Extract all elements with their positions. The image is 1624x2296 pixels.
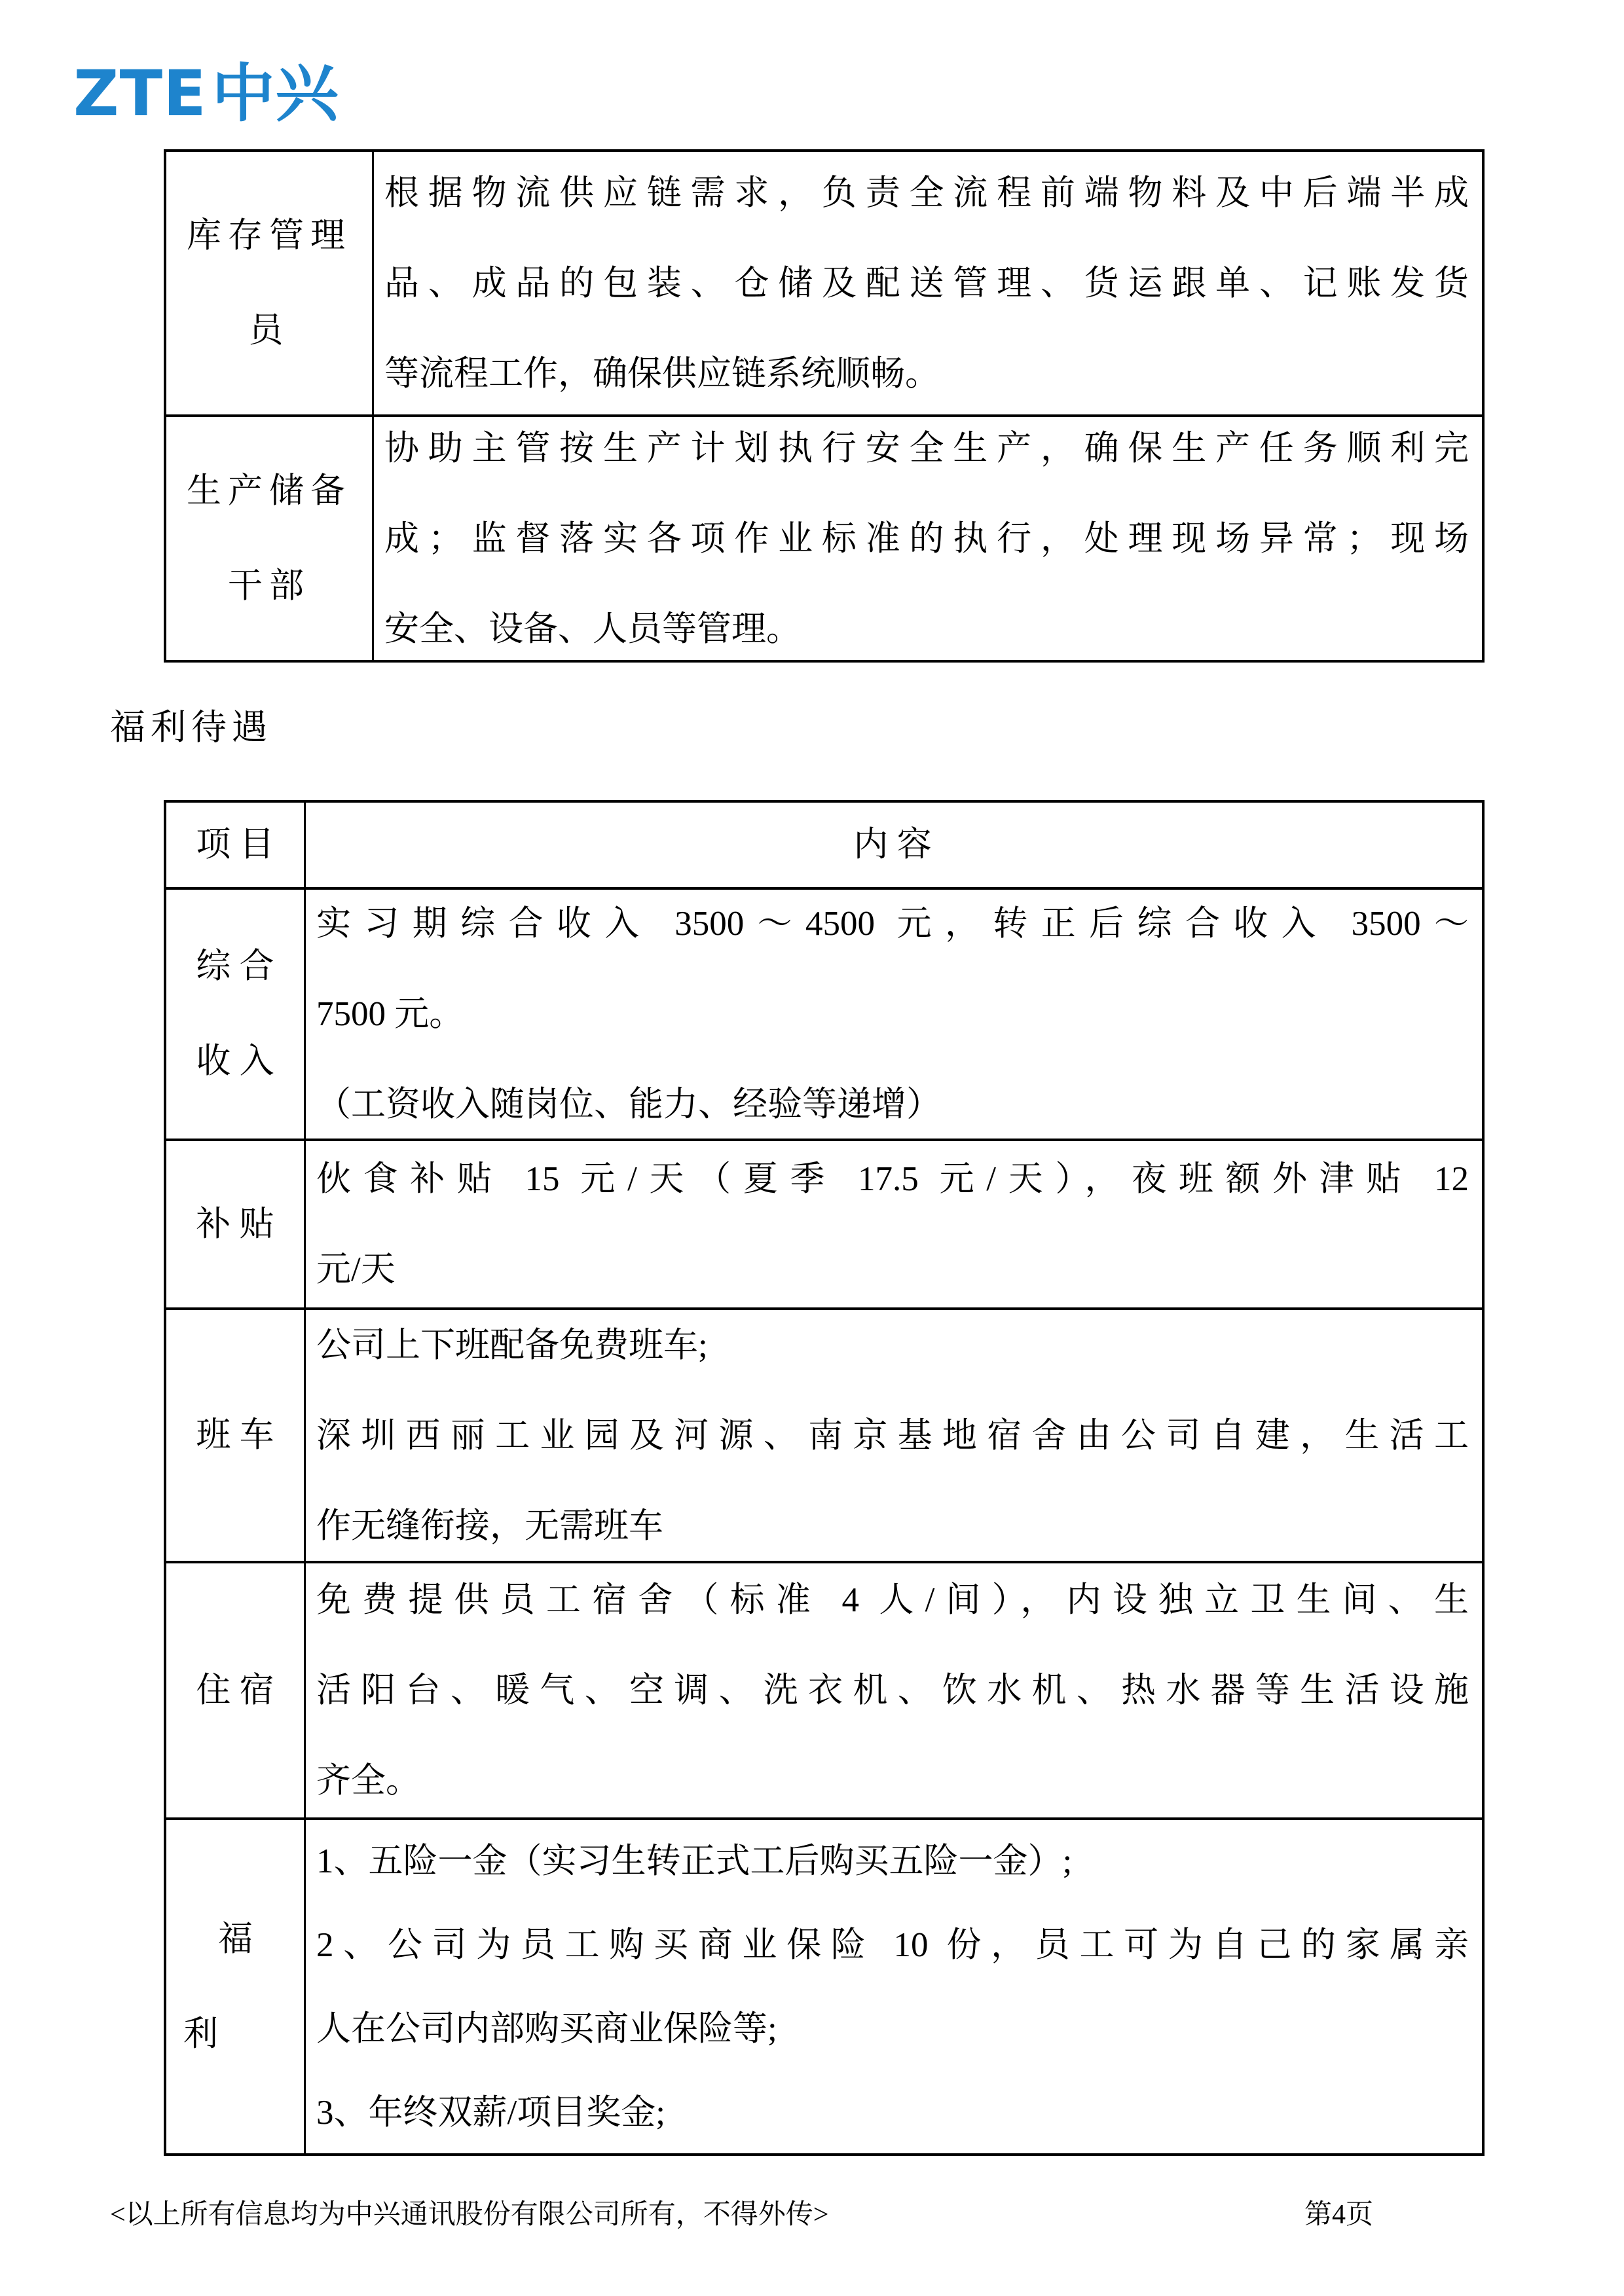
table-row-dormitory: 住 宿 免费提供员工宿舍（标准 4 人/间），内设独立卫生间、生 活阳台、暖气、… bbox=[166, 1561, 1482, 1817]
job-desc-cell: 协助主管按生产计划执行安全生产，确保生产任务顺利完 成；监督落实各项作业标准的执… bbox=[374, 417, 1482, 660]
table-row-inventory-manager: 库存管理 员 根据物流供应链需求，负责全流程前端物料及中后端半成 品、成品的包装… bbox=[166, 152, 1482, 414]
job-desc-cell: 根据物流供应链需求，负责全流程前端物料及中后端半成 品、成品的包装、仓储及配送管… bbox=[374, 152, 1482, 414]
jobs-table: 库存管理 员 根据物流供应链需求，负责全流程前端物料及中后端半成 品、成品的包装… bbox=[164, 149, 1485, 663]
benefit-item-line: 住 宿 bbox=[166, 1643, 304, 1738]
section-heading: 福利待遇 bbox=[110, 706, 272, 749]
footer-confidentiality-note: <以上所有信息均为中兴通讯股份有限公司所有，不得外传> bbox=[110, 2198, 828, 2231]
benefit-content-line: 元/天 bbox=[316, 1224, 1469, 1307]
table-row-income: 综 合 收 入 实习期综合收入 3500～4500 元，转正后综合收入 3500… bbox=[166, 887, 1482, 1139]
logo-zhongxing-text: 中兴 bbox=[212, 58, 339, 130]
benefit-content-line: （工资收入随岗位、能力、经验等递增） bbox=[316, 1059, 1469, 1139]
benefit-item-line: 班 车 bbox=[166, 1388, 304, 1483]
benefit-item-cell: 补 贴 bbox=[166, 1141, 306, 1307]
benefit-content-cell: 伙食补贴 15 元/天（夏季 17.5 元/天），夜班额外津贴 12 元/天 bbox=[306, 1141, 1482, 1307]
benefits-table: 项 目 内 容 综 合 收 入 实习期综合收入 3500～4500 元，转正后综… bbox=[164, 800, 1485, 2156]
benefit-item-line: 福 bbox=[183, 1892, 304, 1987]
job-title-line: 干部 bbox=[166, 539, 372, 634]
job-title-cell: 库存管理 员 bbox=[166, 152, 374, 414]
benefit-item-cell: 福 利 bbox=[166, 1820, 306, 2153]
logo-zte-text: ZTE bbox=[73, 58, 207, 130]
benefit-content-line: 1、五险一金（实习生转正式工后购买五险一金）; bbox=[316, 1820, 1469, 1903]
benefit-item-cell: 班 车 bbox=[166, 1310, 306, 1561]
table-header-row: 项 目 内 容 bbox=[166, 803, 1482, 887]
benefit-content-line: 齐全。 bbox=[316, 1736, 1469, 1817]
benefit-item-cell: 综 合 收 入 bbox=[166, 890, 306, 1139]
benefit-item-cell: 住 宿 bbox=[166, 1563, 306, 1817]
job-desc-line: 成；监督落实各项作业标准的执行，处理现场异常；现场 bbox=[384, 494, 1469, 584]
header-item-cell: 项 目 bbox=[166, 803, 306, 887]
benefit-content-line: 深圳西丽工业园及河源、南京基地宿舍由公司自建，生活工 bbox=[316, 1391, 1469, 1481]
table-row-welfare: 福 利 1、五险一金（实习生转正式工后购买五险一金）; 2、公司为员工购买商业保… bbox=[166, 1817, 1482, 2153]
footer-page-number: 第4页 bbox=[1304, 2198, 1373, 2231]
job-desc-line: 协助主管按生产计划执行安全生产，确保生产任务顺利完 bbox=[384, 417, 1469, 494]
header-content-label: 内 容 bbox=[316, 803, 1469, 887]
benefit-content-line: 7500 元。 bbox=[316, 969, 1469, 1059]
table-row-production-cadre: 生产储备 干部 协助主管按生产计划执行安全生产，确保生产任务顺利完 成；监督落实… bbox=[166, 414, 1482, 660]
benefit-content-line: 实习期综合收入 3500～4500 元，转正后综合收入 3500～ bbox=[316, 890, 1469, 969]
benefit-item-line: 收 入 bbox=[166, 1014, 304, 1109]
header-content-cell: 内 容 bbox=[306, 803, 1482, 887]
benefit-content-line: 活阳台、暖气、空调、洗衣机、饮水机、热水器等生活设施 bbox=[316, 1645, 1469, 1736]
benefit-item-line: 综 合 bbox=[166, 919, 304, 1014]
table-row-subsidy: 补 贴 伙食补贴 15 元/天（夏季 17.5 元/天），夜班额外津贴 12 元… bbox=[166, 1139, 1482, 1307]
job-desc-line: 根据物流供应链需求，负责全流程前端物料及中后端半成 bbox=[384, 152, 1469, 238]
job-title-line: 库存管理 bbox=[166, 189, 372, 283]
benefit-content-line: 伙食补贴 15 元/天（夏季 17.5 元/天），夜班额外津贴 12 bbox=[316, 1141, 1469, 1224]
job-title-line: 员 bbox=[166, 283, 372, 378]
benefit-content-line: 2、公司为员工购买商业保险 10 份，员工可为自己的家属亲 bbox=[316, 1903, 1469, 1987]
header-item-label: 项 目 bbox=[166, 797, 304, 892]
benefit-item-line: 补 贴 bbox=[166, 1177, 304, 1272]
benefit-content-line: 3、年终双薪/项目奖金; bbox=[316, 2071, 1469, 2154]
benefit-content-line: 作无缝衔接，无需班车 bbox=[316, 1481, 1469, 1561]
zte-logo: ZTE 中兴 bbox=[73, 58, 339, 130]
job-title-cell: 生产储备 干部 bbox=[166, 417, 374, 660]
job-title-line: 生产储备 bbox=[166, 444, 372, 539]
benefit-content-line: 公司上下班配备免费班车; bbox=[316, 1310, 1469, 1391]
benefit-content-cell: 免费提供员工宿舍（标准 4 人/间），内设独立卫生间、生 活阳台、暖气、空调、洗… bbox=[306, 1563, 1482, 1817]
job-desc-line: 品、成品的包装、仓储及配送管理、货运跟单、记账发货 bbox=[384, 238, 1469, 329]
table-row-shuttle: 班 车 公司上下班配备免费班车; 深圳西丽工业园及河源、南京基地宿舍由公司自建，… bbox=[166, 1307, 1482, 1561]
benefit-content-line: 免费提供员工宿舍（标准 4 人/间），内设独立卫生间、生 bbox=[316, 1563, 1469, 1645]
job-desc-line: 安全、设备、人员等管理。 bbox=[384, 584, 1469, 661]
benefit-content-cell: 实习期综合收入 3500～4500 元，转正后综合收入 3500～ 7500 元… bbox=[306, 890, 1482, 1139]
benefit-content-line: 人在公司内部购买商业保险等; bbox=[316, 1987, 1469, 2071]
benefit-item-line: 利 bbox=[183, 1987, 304, 2082]
benefit-content-cell: 公司上下班配备免费班车; 深圳西丽工业园及河源、南京基地宿舍由公司自建，生活工 … bbox=[306, 1310, 1482, 1561]
job-desc-line: 等流程工作，确保供应链系统顺畅。 bbox=[384, 329, 1469, 415]
benefit-content-cell: 1、五险一金（实习生转正式工后购买五险一金）; 2、公司为员工购买商业保险 10… bbox=[306, 1820, 1482, 2153]
